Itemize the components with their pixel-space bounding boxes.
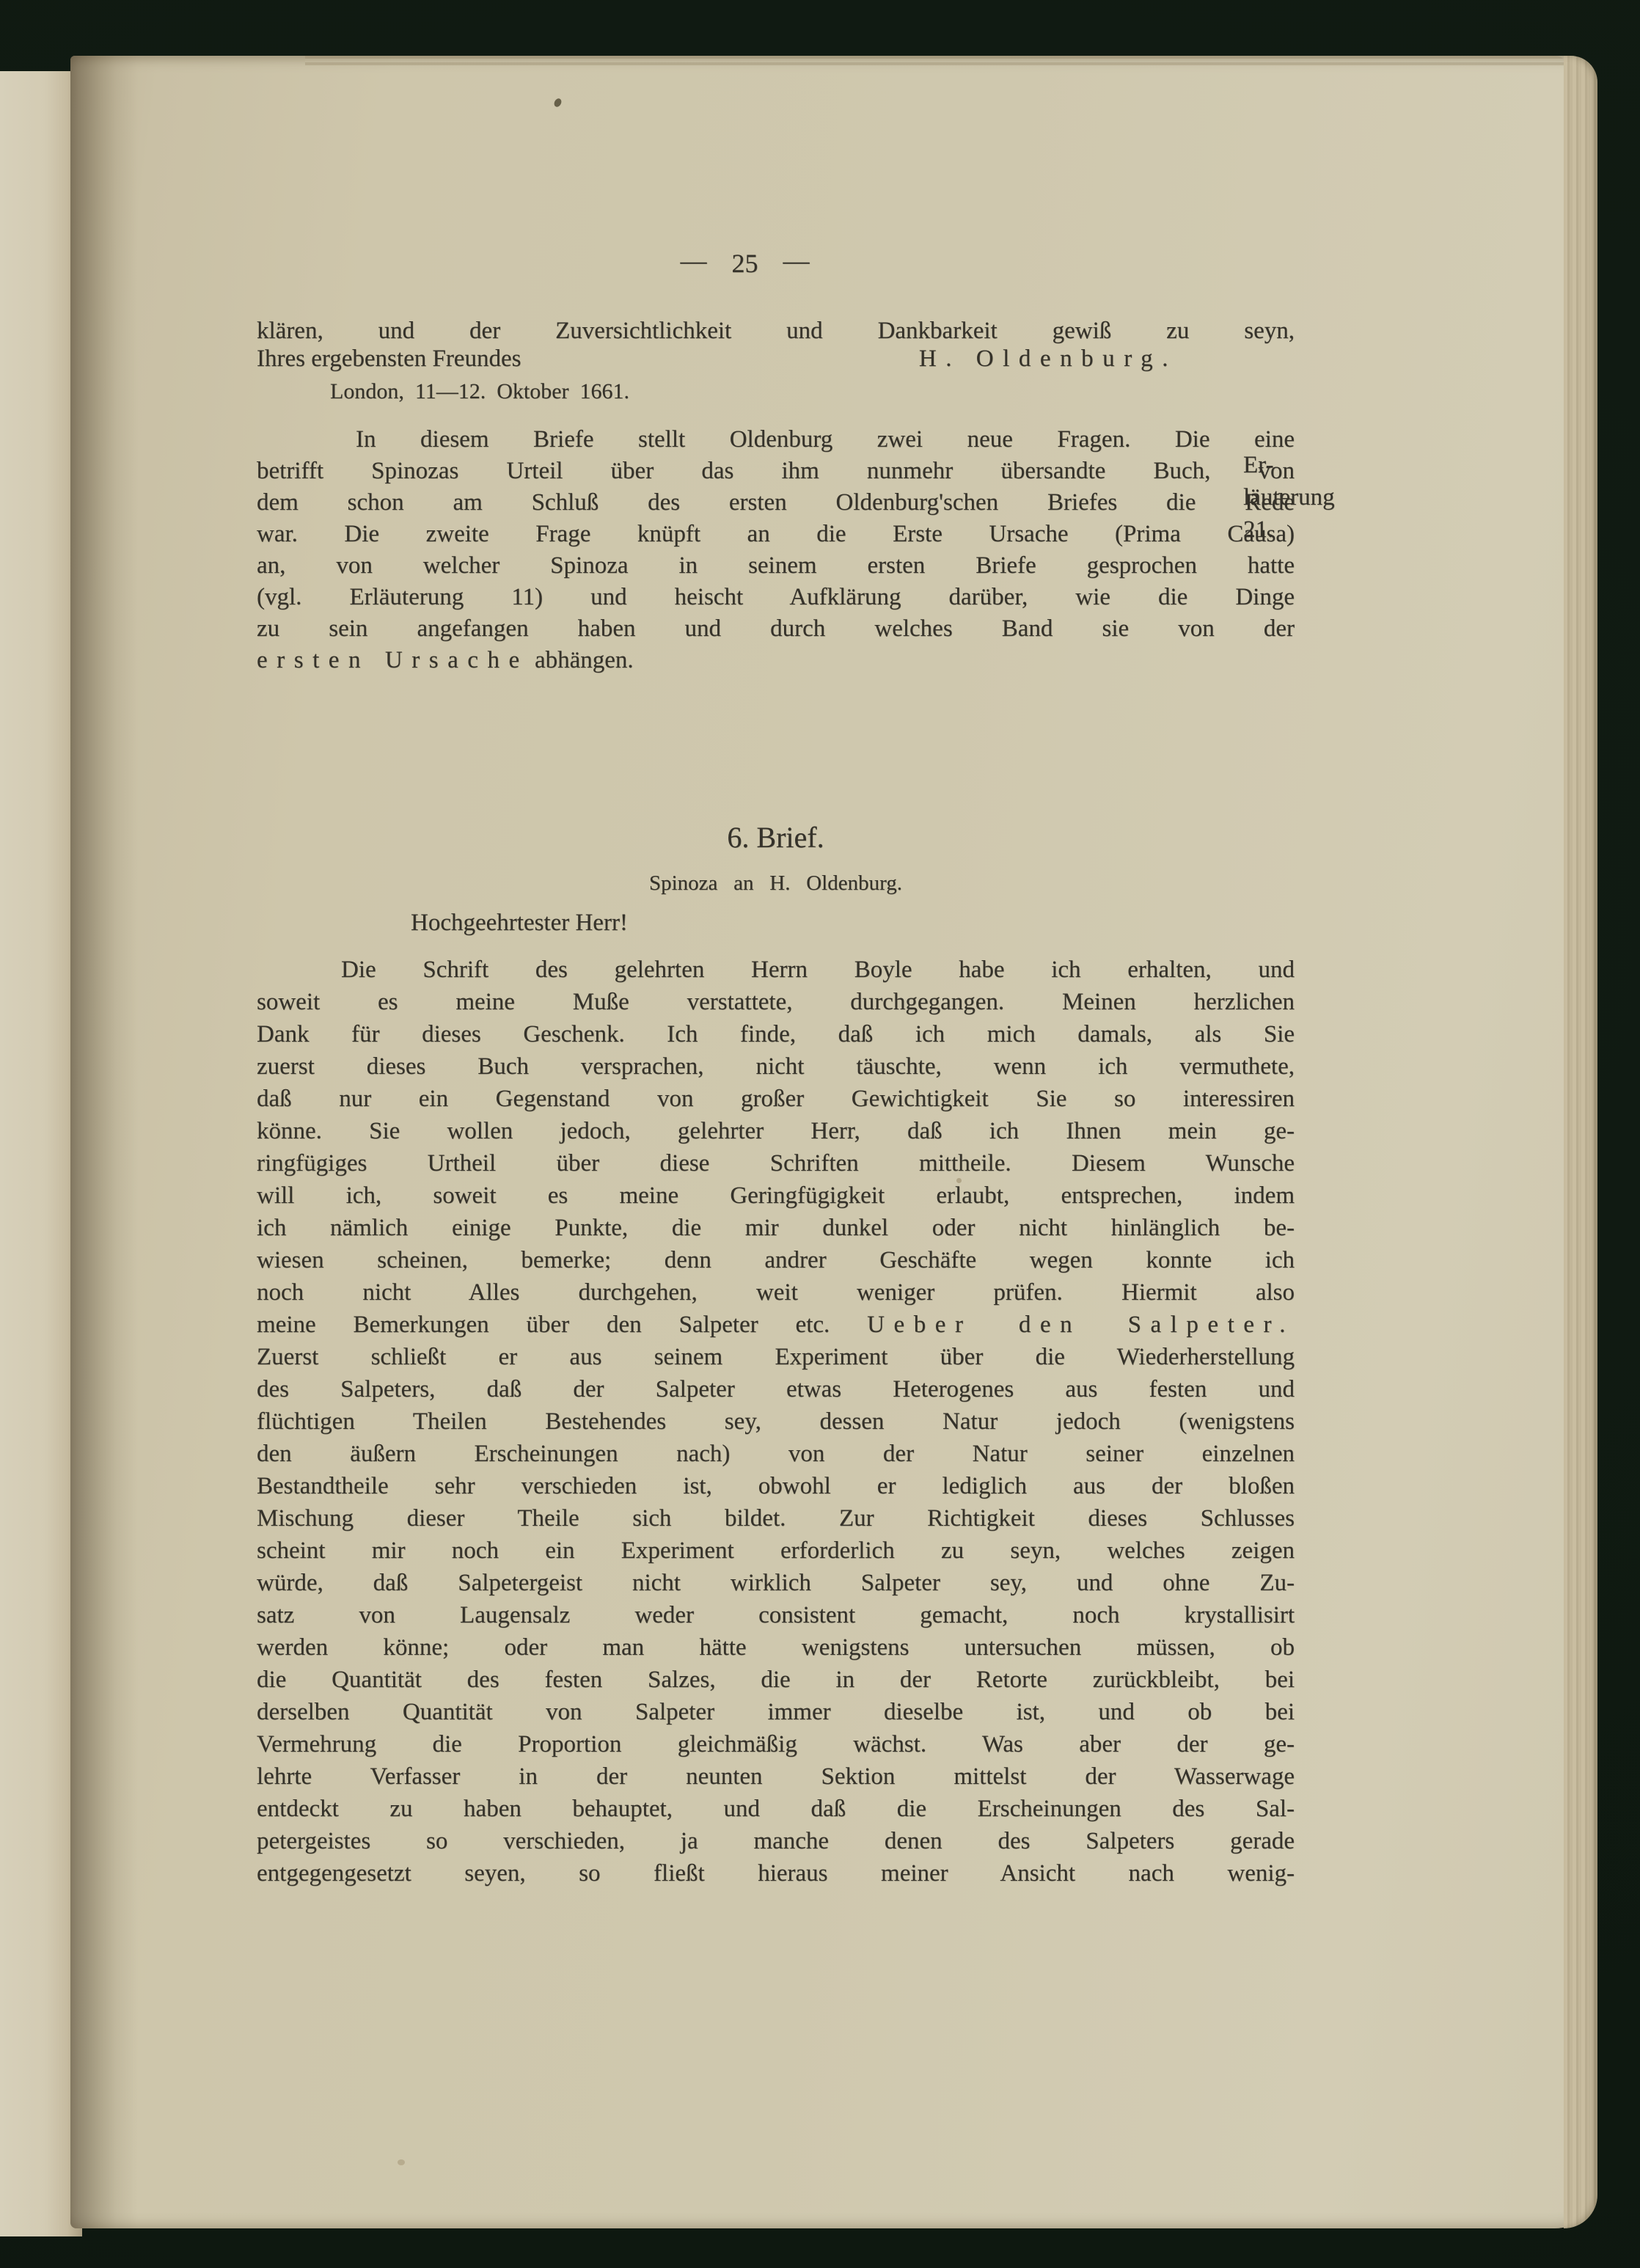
text-segment: zuerst dieses Buch versprachen, nicht tä… [257,1053,1295,1080]
text-line: betrifft Spinozas Urteil über das ihm nu… [257,456,1295,487]
text-line: will ich, soweit es meine Geringfügigkei… [257,1179,1295,1212]
book-page: —25— klären, und der Zuversichtlichkeit … [70,56,1597,2228]
text-line: daß nur ein Gegenstand von großer Gewich… [257,1083,1295,1115]
text-segment: soweit es meine Muße verstattete, durchg… [257,989,1295,1015]
letterspaced-text: Ueber den Salpeter. [867,1312,1295,1338]
text-line: ich nämlich einige Punkte, die mir dunke… [257,1212,1295,1244]
page-number-value: 25 [732,249,758,278]
book-scan: —25— klären, und der Zuversichtlichkeit … [0,0,1640,2268]
text-segment: Zuerst schließt er aus seinem Experiment… [257,1344,1295,1370]
salutation: Hochgeehrtester Herr! [411,910,628,937]
text-segment: (vgl. Erläuterung 11) und heischt Aufklä… [257,584,1295,610]
text-line: werden könne; oder man hätte wenigstens … [257,1631,1295,1664]
text-segment: Er- [1243,452,1273,478]
text-segment: an, von welcher Spinoza in seinem ersten… [257,552,1295,579]
text-segment: scheint mir noch ein Experiment erforder… [257,1537,1295,1564]
text-line: zuerst dieses Buch versprachen, nicht tä… [257,1050,1295,1083]
text-segment: 21. [1243,516,1273,543]
letter-body: Die Schrift des gelehrten Herrn Boyle ha… [257,954,1295,1890]
dateline: London, 11—12. Oktober 1661. [330,377,629,406]
text-line: noch nicht Alles durchgehen, weit wenige… [257,1276,1295,1309]
text-segment: dem schon am Schluß des ersten Oldenburg… [257,489,1295,516]
page-number: —25— [226,248,1264,279]
text-segment: In diesem Briefe stellt Oldenburg zwei n… [356,426,1295,453]
margin-note: Er-läuterung21. [1243,449,1412,546]
text-line: läuterung [1243,481,1412,513]
text-line: satz von Laugensalz weder consistent gem… [257,1599,1295,1631]
text-line: Zuerst schließt er aus seinem Experiment… [257,1341,1295,1373]
text-line: entdeckt zu haben behauptet, und daß die… [257,1793,1295,1825]
text-line: des Salpeters, daß der Salpeter etwas He… [257,1373,1295,1405]
text-segment: flüchtigen Theilen Bestehendes sey, dess… [257,1408,1295,1435]
text-line: war. Die zweite Frage knüpft an die Erst… [257,519,1295,550]
text-segment: zu sein angefangen haben und durch welch… [257,615,1295,642]
text-line: Vermehrung die Proportion gleichmäßig wä… [257,1728,1295,1760]
text-segment: werden könne; oder man hätte wenigstens … [257,1634,1295,1661]
text-line: scheint mir noch ein Experiment erforder… [257,1534,1295,1567]
text-line: an, von welcher Spinoza in seinem ersten… [257,550,1295,582]
text-line: Er- [1243,449,1412,481]
text-segment: Die Schrift des gelehrten Herrn Boyle ha… [341,956,1295,983]
text-line: soweit es meine Muße verstattete, durchg… [257,986,1295,1018]
text-segment: meine Bemerkungen über den Salpeter etc. [257,1312,867,1338]
signature-line: Ihres ergebensten Freundes H. Oldenburg. [257,345,1295,373]
text-line: Die Schrift des gelehrten Herrn Boyle ha… [257,954,1295,986]
text-line: petergeistes so verschieden, ja manche d… [257,1825,1295,1857]
text-line: entgegengesetzt seyen, so fließt hieraus… [257,1857,1295,1890]
text-segment: Vermehrung die Proportion gleichmäßig wä… [257,1731,1295,1757]
text-segment: Mischung dieser Theile sich bildet. Zur … [257,1505,1295,1532]
page-stack-right-edge [1564,56,1597,2228]
text-segment: noch nicht Alles durchgehen, weit wenige… [257,1279,1295,1306]
signature-name: H. Oldenburg. [919,345,1177,373]
text-segment: die Quantität des festen Salzes, die in … [257,1667,1295,1693]
text-segment: lehrte Verfasser in der neunten Sektion … [257,1763,1295,1790]
text-line: würde, daß Salpetergeist nicht wirklich … [257,1567,1295,1599]
text-segment: des Salpeters, daß der Salpeter etwas He… [257,1376,1295,1402]
text-segment: abhängen. [529,647,634,673]
text-segment: könne. Sie wollen jedoch, gelehrter Herr… [257,1118,1295,1144]
text-line: In diesem Briefe stellt Oldenburg zwei n… [257,424,1295,456]
text-line: Bestandtheile sehr verschieden ist, obwo… [257,1470,1295,1502]
text-segment: entgegengesetzt seyen, so fließt hieraus… [257,1860,1295,1887]
page-number-dash-right: — [783,246,810,275]
text-line: wiesen scheinen, bemerke; denn andrer Ge… [257,1244,1295,1276]
text-segment: betrifft Spinozas Urteil über das ihm nu… [257,458,1295,484]
closing-signoff: Ihres ergebensten Freundes [257,345,521,373]
text-segment: will ich, soweit es meine Geringfügigkei… [257,1182,1295,1209]
text-segment: satz von Laugensalz weder consistent gem… [257,1602,1295,1628]
text-line: Mischung dieser Theile sich bildet. Zur … [257,1502,1295,1534]
text-line: lehrte Verfasser in der neunten Sektion … [257,1760,1295,1793]
gutter-shadow [70,56,138,2228]
text-segment: Bestandtheile sehr verschieden ist, obwo… [257,1473,1295,1499]
text-line: (vgl. Erläuterung 11) und heischt Aufklä… [257,582,1295,613]
text-line: klären, und der Zuversichtlichkeit und D… [257,317,1295,345]
text-line: flüchtigen Theilen Bestehendes sey, dess… [257,1405,1295,1438]
text-line: 21. [1243,513,1412,546]
text-line: derselben Quantität von Salpeter immer d… [257,1696,1295,1728]
text-segment: wiesen scheinen, bemerke; denn andrer Ge… [257,1247,1295,1273]
text-segment: entdeckt zu haben behauptet, und daß die… [257,1796,1295,1822]
letterspaced-text: ersten Ursache [257,647,529,673]
letter-subheading: Spinoza an H. Oldenburg. [257,871,1295,896]
text-segment: petergeistes so verschieden, ja manche d… [257,1828,1295,1854]
text-segment: würde, daß Salpetergeist nicht wirklich … [257,1570,1295,1596]
text-segment: läuterung [1243,484,1335,511]
text-line: könne. Sie wollen jedoch, gelehrter Herr… [257,1115,1295,1147]
text-line: die Quantität des festen Salzes, die in … [257,1664,1295,1696]
text-segment: daß nur ein Gegenstand von großer Gewich… [257,1086,1295,1112]
letter-closing: klären, und der Zuversichtlichkeit und D… [257,317,1295,373]
text-segment: derselben Quantität von Salpeter immer d… [257,1699,1295,1725]
text-line: zu sein angefangen haben und durch welch… [257,613,1295,645]
page-content: —25— klären, und der Zuversichtlichkeit … [257,56,1295,2228]
text-segment: ringfügiges Urtheil über diese Schriften… [257,1150,1295,1177]
letter-heading: 6. Brief. [257,820,1295,855]
text-line: dem schon am Schluß des ersten Oldenburg… [257,487,1295,519]
editorial-note: In diesem Briefe stellt Oldenburg zwei n… [257,424,1295,676]
text-line: Dank für dieses Geschenk. Ich finde, daß… [257,1018,1295,1050]
text-segment: den äußern Erscheinungen nach) von der N… [257,1441,1295,1467]
text-segment: Dank für dieses Geschenk. Ich finde, daß… [257,1021,1295,1047]
text-line: ersten Ursache abhängen. [257,645,1295,676]
text-line: ringfügiges Urtheil über diese Schriften… [257,1147,1295,1179]
text-line: den äußern Erscheinungen nach) von der N… [257,1438,1295,1470]
page-number-dash-left: — [681,246,707,275]
text-line: meine Bemerkungen über den Salpeter etc.… [257,1309,1295,1341]
text-segment: war. Die zweite Frage knüpft an die Erst… [257,521,1295,547]
text-segment: ich nämlich einige Punkte, die mir dunke… [257,1215,1295,1241]
